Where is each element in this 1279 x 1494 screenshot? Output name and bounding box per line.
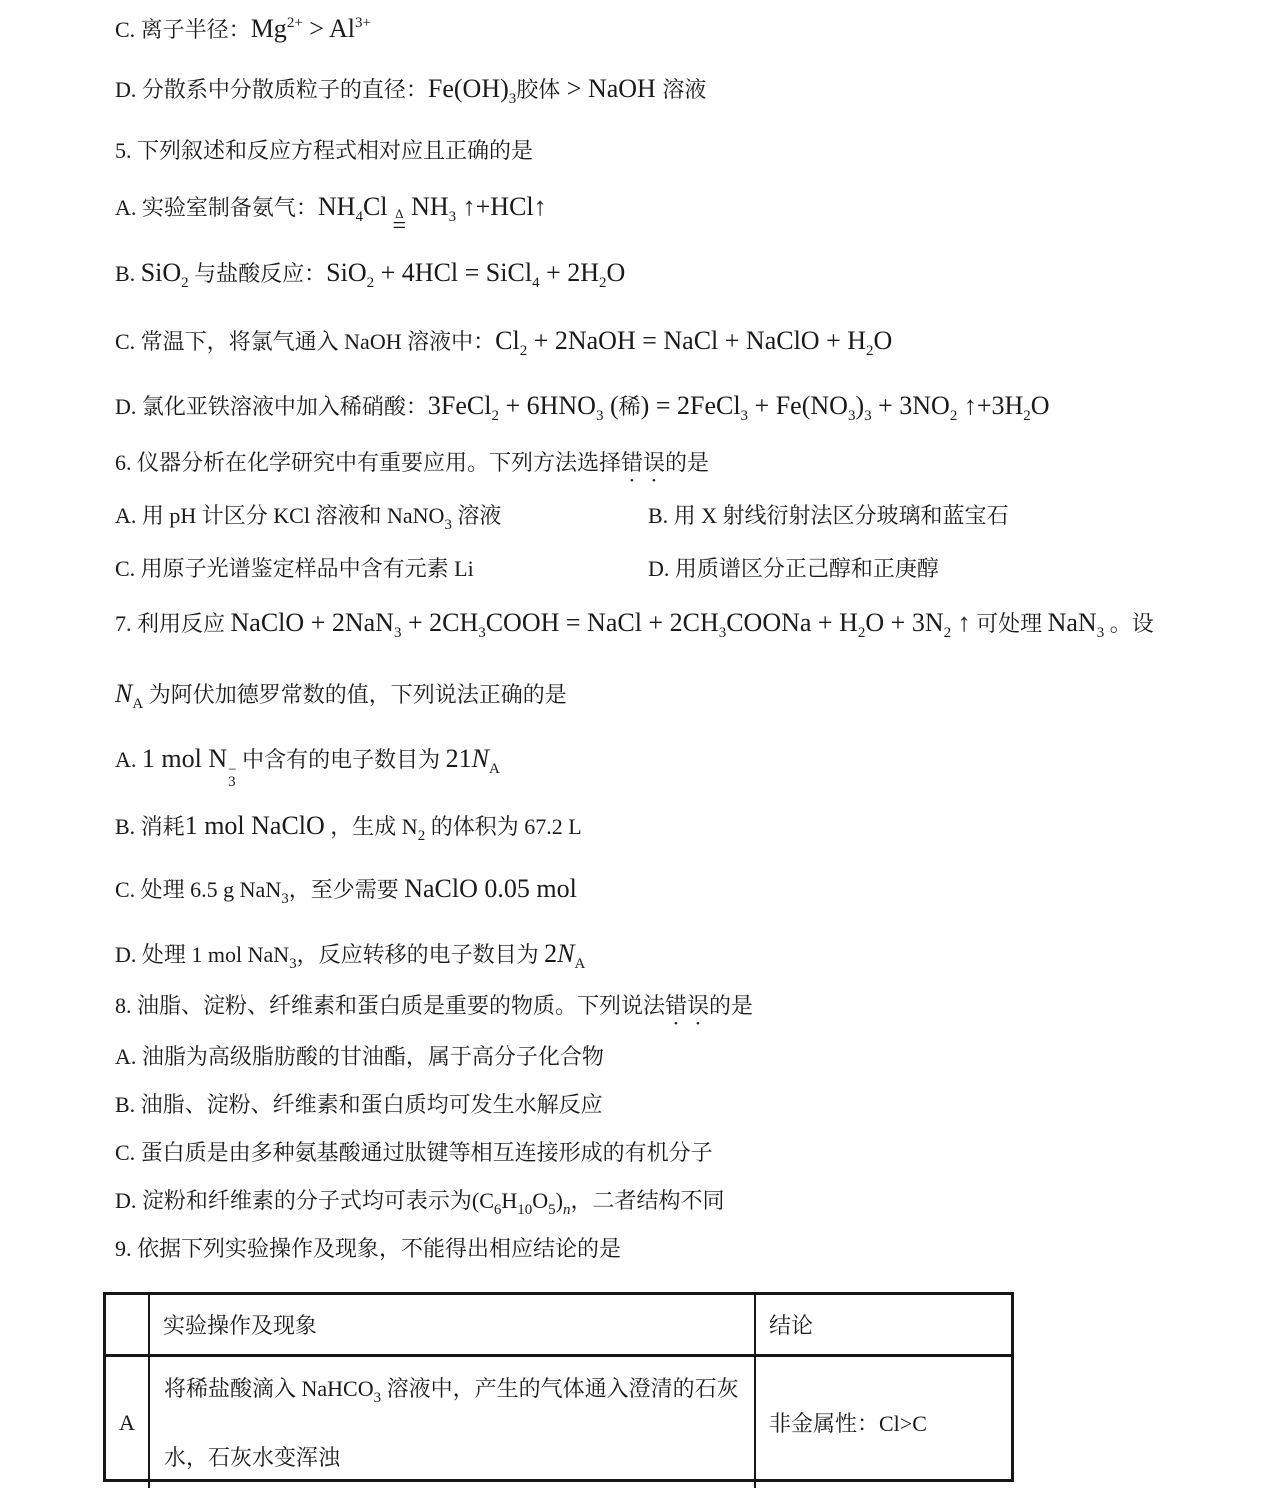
text-segment: 2 — [944, 625, 952, 641]
text-segment: 与盐酸反应： — [189, 261, 327, 286]
text-segment: 3 — [289, 956, 297, 972]
text-segment: 3 — [864, 408, 872, 424]
text-segment: ( — [603, 391, 618, 420]
table-row-a-label: A — [106, 1357, 150, 1488]
q6-option-b: B. 用 X 射线衍射法区分玻璃和蓝宝石 — [648, 510, 1009, 527]
text-segment: ，反应转移的电子数目为 — [297, 942, 545, 967]
text-segment: NaN — [1048, 608, 1097, 637]
q5-option-d: D. 氯化亚铁溶液中加入稀硝酸：3FeCl2 + 6HNO3 (稀) = 2Fe… — [115, 389, 1050, 433]
text-segment: ) — [556, 1188, 563, 1213]
text-segment: D. 氯化亚铁溶液中加入稀硝酸： — [115, 394, 428, 419]
text-segment: n — [563, 1202, 571, 1218]
text-segment: 1 mol NaClO — [185, 811, 325, 840]
text-segment: D. 处理 1 mol NaN — [115, 942, 289, 967]
text-segment: B. 用 X 射线衍射法区分玻璃和蓝宝石 — [648, 503, 1009, 528]
text-segment: D. 淀粉和纤维素的分子式均可表示为(C — [115, 1188, 494, 1213]
text-segment: 5. 下列叙述和反应方程式相对应且正确的是 — [115, 138, 533, 163]
text-segment: 2+ — [287, 15, 303, 31]
q4-option-c: C. 离子半径：Mg2+ > Al3+ — [115, 6, 371, 50]
text-segment: A. 实验室制备氨气： — [115, 195, 318, 220]
text-segment: A — [132, 696, 143, 712]
text-segment: N — [115, 679, 132, 708]
text-segment: H — [501, 1188, 517, 1213]
text-segment: 3 — [444, 517, 452, 533]
text-segment: 将稀盐酸滴入 NaHCO — [164, 1376, 374, 1401]
table-header-conclusion: 结论 — [756, 1295, 1011, 1357]
text-segment: C. 处理 6.5 g NaN — [115, 877, 281, 902]
text-segment: 4 — [532, 275, 540, 291]
text-segment: NH — [411, 192, 449, 221]
text-segment: A — [489, 761, 500, 777]
q7-option-b: B. 消耗1 mol NaClO ，生成 N2 的体积为 67.2 L — [115, 809, 582, 853]
text-segment: N — [557, 939, 574, 968]
q9-stem: 9. 依据下列实验操作及现象，不能得出相应结论的是 — [115, 1232, 621, 1269]
text-segment: ，二者结构不同 — [571, 1188, 725, 1213]
text-segment: 1 mol N — [142, 744, 227, 773]
text-segment: 。设 — [1104, 611, 1154, 636]
text-segment: 可处理 — [971, 611, 1048, 636]
equals-glyph: = — [393, 219, 407, 234]
q6-options-ab: A. 用 pH 计区分 KCl 溶液和 NaNO3 溶液B. 用 X 射线衍射法… — [115, 499, 1009, 542]
text-segment: C. 用原子光谱鉴定样品中含有元素 Li — [115, 556, 474, 581]
table-row-a-conclusion: 非金属性：Cl>C — [756, 1357, 1011, 1488]
delta-equals-symbol: Δ= — [393, 208, 407, 234]
text-segment: O — [607, 258, 626, 287]
q8-option-a: A. 油脂为高级脂肪酸的甘油酯，属于高分子化合物 — [115, 1040, 604, 1077]
text-segment: Cl — [363, 192, 388, 221]
q8-stem: 8. 油脂、淀粉、纤维素和蛋白质是重要的物质。下列说法错误的是 — [115, 989, 753, 1030]
q7-option-c: C. 处理 6.5 g NaN3，至少需要 NaClO 0.05 mol — [115, 872, 577, 916]
text-segment: ↑+3H — [957, 391, 1023, 420]
text-segment: 的是 — [709, 993, 753, 1018]
text-segment: 2 — [181, 275, 189, 291]
text-segment: B. — [115, 261, 141, 286]
text-segment: O — [874, 326, 893, 355]
q5-option-b: B. SiO2 与盐酸反应：SiO2 + 4HCl = SiCl4 + 2H2O — [115, 256, 625, 300]
q6-option-c: C. 用原子光谱鉴定样品中含有元素 Li — [115, 552, 648, 589]
text-segment: 3 — [741, 408, 749, 424]
text-segment: D. 用质谱区分正己醇和正庚醇 — [648, 556, 939, 581]
text-segment: B. 消耗 — [115, 814, 185, 839]
emphasized-text: 错误 — [621, 450, 665, 475]
subscript-count: 3 — [228, 776, 236, 788]
text-segment: SiO — [141, 258, 181, 287]
text-segment: 结论 — [769, 1309, 813, 1340]
text-segment: 9. 依据下列实验操作及现象，不能得出相应结论的是 — [115, 1236, 621, 1261]
q5-option-a: A. 实验室制备氨气：NH4ClΔ=NH3 ↑+HCl↑ — [115, 190, 547, 234]
text-segment: Fe(OH) — [428, 74, 509, 103]
q7-stem: 7. 利用反应 NaClO + 2NaN3 + 2CH3COOH = NaCl … — [115, 606, 1154, 650]
text-segment: 2 — [599, 275, 607, 291]
text-segment: 3 — [374, 1390, 382, 1406]
text-segment: A — [119, 1410, 135, 1436]
text-segment: + 6HNO — [499, 391, 596, 420]
text-segment: 3 — [281, 891, 289, 907]
text-segment: NaClO 0.05 mol — [404, 874, 577, 903]
text-segment: 实验操作及现象 — [163, 1309, 317, 1340]
text-segment: ) = 2FeCl — [641, 391, 741, 420]
text-segment: 的体积为 67.2 L — [425, 814, 581, 839]
text-segment: SiO — [326, 258, 366, 287]
text-segment: ↑+HCl↑ — [456, 192, 547, 221]
text-segment: C. 离子半径： — [115, 17, 251, 42]
text-segment: C. 蛋白质是由多种氨基酸通过肽键等相互连接形成的有机分子 — [115, 1140, 713, 1165]
text-segment: O — [532, 1188, 548, 1213]
text-segment: ↑ — [951, 608, 971, 637]
text-segment: 3+ — [355, 15, 371, 31]
text-segment: Cl — [495, 326, 520, 355]
text-segment: D. 分散系中分散质粒子的直径： — [115, 77, 428, 102]
text-segment: + 2CH — [401, 608, 478, 637]
text-segment: NaClO + 2NaN — [231, 608, 394, 637]
text-segment: 21 — [446, 744, 472, 773]
text-segment: 6. 仪器分析在化学研究中有重要应用。下列方法选择 — [115, 450, 621, 475]
q6-options-cd: C. 用原子光谱鉴定样品中含有元素 LiD. 用质谱区分正己醇和正庚醇 — [115, 552, 939, 589]
text-segment: ，生成 N — [325, 814, 418, 839]
text-segment: 8. 油脂、淀粉、纤维素和蛋白质是重要的物质。下列说法 — [115, 993, 665, 1018]
q9-experiment-table: 实验操作及现象 结论 A 将稀盐酸滴入 NaHCO3 溶液中，产生的气体通入澄清… — [103, 1292, 1014, 1482]
q4-option-d: D. 分散系中分散质粒子的直径：Fe(OH)3胶体 > NaOH 溶液 — [115, 72, 706, 116]
text-segment: + 2NaOH = NaCl + NaClO + H — [527, 326, 866, 355]
text-segment: + 2H — [540, 258, 599, 287]
text-segment: ) — [855, 391, 864, 420]
text-segment: C. 常温下，将氯气通入 NaOH 溶液中： — [115, 329, 495, 354]
text-segment: 2 — [544, 939, 557, 968]
text-segment: COONa + H — [726, 608, 858, 637]
text-segment: 3 — [478, 625, 486, 641]
text-segment: O + 3N — [865, 608, 943, 637]
q8-option-b: B. 油脂、淀粉、纤维素和蛋白质均可发生水解反应 — [115, 1088, 603, 1125]
q6-stem: 6. 仪器分析在化学研究中有重要应用。下列方法选择错误的是 — [115, 446, 709, 487]
text-segment: 2 — [866, 343, 874, 359]
q8-option-d: D. 淀粉和纤维素的分子式均可表示为(C6H10O5)n，二者结构不同 — [115, 1184, 725, 1227]
text-segment: NO — [810, 391, 848, 420]
text-segment: A. 油脂为高级脂肪酸的甘油酯，属于高分子化合物 — [115, 1044, 604, 1069]
text-segment: 2 — [491, 408, 499, 424]
text-segment: N — [472, 744, 489, 773]
text-segment: 溶液 — [662, 77, 706, 102]
q7-option-d: D. 处理 1 mol NaN3，反应转移的电子数目为 2NA — [115, 937, 585, 981]
text-segment: A. — [115, 747, 142, 772]
text-segment: B. 油脂、淀粉、纤维素和蛋白质均可发生水解反应 — [115, 1092, 603, 1117]
emphasized-text: 错误 — [665, 993, 709, 1018]
text-segment: + Fe( — [748, 391, 810, 420]
q7-option-a: A. 1 mol N−3 中含有的电子数目为 21NA — [115, 742, 500, 788]
table-row-a-operation: 将稀盐酸滴入 NaHCO3 溶液中，产生的气体通入澄清的石灰水，石灰水变浑浊 — [150, 1357, 756, 1488]
q6-option-a: A. 用 pH 计区分 KCl 溶液和 NaNO3 溶液 — [115, 499, 648, 542]
text-segment: 7. 利用反应 — [115, 611, 231, 636]
text-segment: > NaOH — [560, 74, 662, 103]
table-header-operation: 实验操作及现象 — [150, 1295, 756, 1357]
text-segment: 2 — [1023, 408, 1031, 424]
q5-stem: 5. 下列叙述和反应方程式相对应且正确的是 — [115, 134, 533, 171]
text-segment: Mg — [251, 14, 287, 43]
q8-option-c: C. 蛋白质是由多种氨基酸通过肽键等相互连接形成的有机分子 — [115, 1136, 713, 1173]
text-segment: 5 — [548, 1202, 556, 1218]
text-segment: 非金属性：Cl>C — [769, 1407, 927, 1438]
text-segment: 胶体 — [516, 77, 560, 102]
text-segment: COOH = NaCl + 2CH — [486, 608, 719, 637]
table-header-blank — [106, 1295, 150, 1357]
text-segment: 稀 — [619, 394, 641, 419]
text-segment: O — [1031, 391, 1050, 420]
q6-option-d: D. 用质谱区分正己醇和正庚醇 — [648, 563, 939, 580]
text-segment: 10 — [517, 1202, 532, 1218]
text-segment: 为阿伏加德罗常数的值，下列说法正确的是 — [143, 682, 567, 707]
text-segment: 4 — [355, 209, 363, 225]
text-segment: NH — [318, 192, 356, 221]
q7-stem-cont: NA 为阿伏加德罗常数的值，下列说法正确的是 — [115, 677, 567, 721]
exam-page: C. 离子半径：Mg2+ > Al3+D. 分散系中分散质粒子的直径：Fe(OH… — [0, 0, 1279, 1494]
text-segment: + 4HCl = SiCl — [374, 258, 532, 287]
text-segment: A — [575, 956, 586, 972]
text-segment: + 3NO — [872, 391, 950, 420]
text-segment: 3FeCl — [428, 391, 492, 420]
text-segment: 的是 — [665, 450, 709, 475]
text-segment: A. 用 pH 计区分 KCl 溶液和 NaNO — [115, 503, 444, 528]
text-segment: ，至少需要 — [289, 877, 405, 902]
q5-option-c: C. 常温下，将氯气通入 NaOH 溶液中：Cl2 + 2NaOH = NaCl… — [115, 324, 892, 368]
text-segment: > Al — [303, 14, 355, 43]
text-segment: 溶液 — [452, 503, 502, 528]
text-segment: 中含有的电子数目为 — [237, 747, 446, 772]
stacked-sub-sup: −3 — [228, 764, 236, 788]
